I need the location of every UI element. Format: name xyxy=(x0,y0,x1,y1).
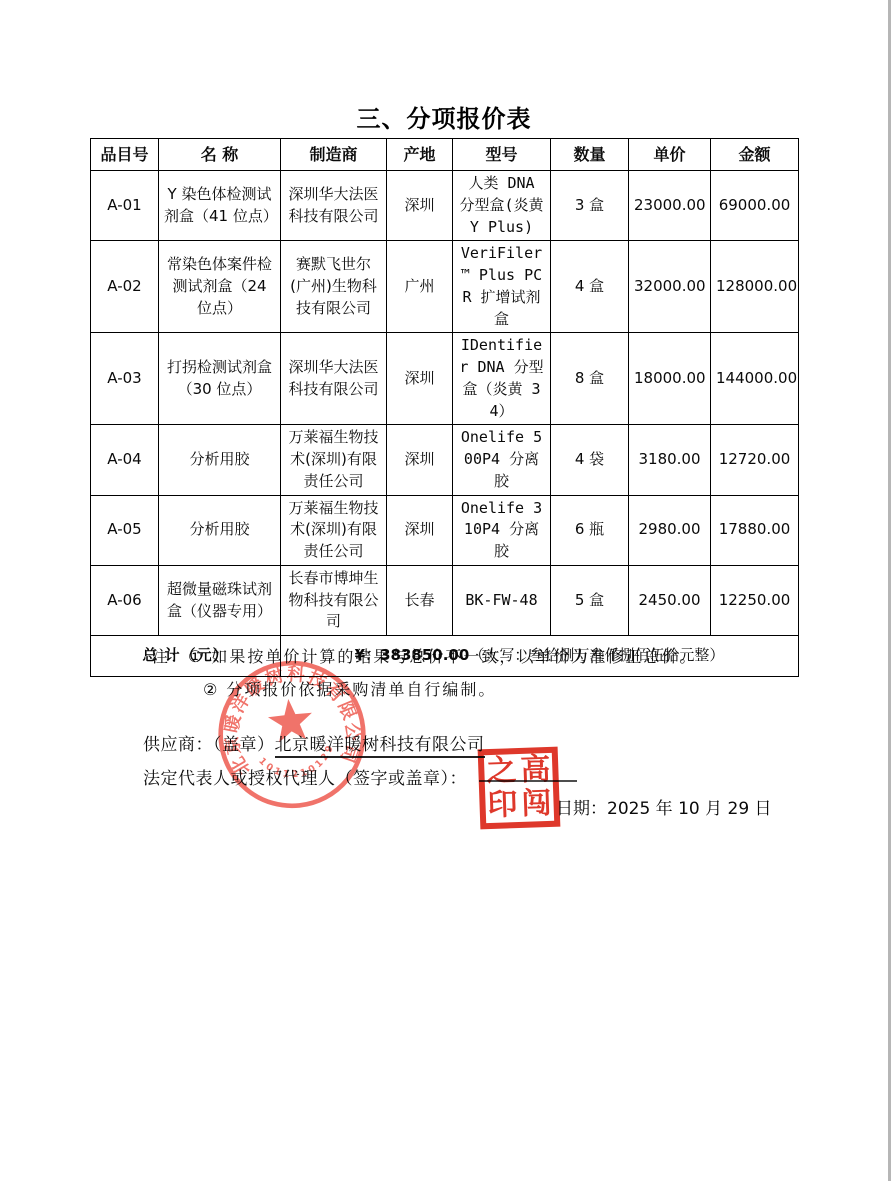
cell-item-no: A-01 xyxy=(91,171,159,241)
header-name: 名 称 xyxy=(159,139,281,171)
table-row: A-01 Y 染色体检测试剂盒（41 位点） 深圳华大法医科技有限公司 深圳 人… xyxy=(91,171,799,241)
cell-name: 分析用胶 xyxy=(159,495,281,565)
date-line: 日期：2025 年 10 月 29 日 xyxy=(556,794,772,819)
name-seal-char: 闯 xyxy=(521,789,552,820)
cell-model: 人类 DNA 分型盒(炎黄 Y Plus) xyxy=(453,171,551,241)
header-amount: 金额 xyxy=(711,139,799,171)
header-item-no: 品目号 xyxy=(91,139,159,171)
cell-origin: 深圳 xyxy=(387,171,453,241)
name-seal-char: 印 xyxy=(487,790,518,821)
cell-unit-price: 32000.00 xyxy=(629,241,711,333)
document-page: 三、分项报价表 品目号 名 称 制造商 产地 型号 数量 单价 金额 A-01 … xyxy=(0,0,892,1194)
date-label: 日期： xyxy=(556,799,607,819)
header-model: 型号 xyxy=(453,139,551,171)
cell-model: Onelife 310P4 分离胶 xyxy=(453,495,551,565)
cell-unit-price: 2980.00 xyxy=(629,495,711,565)
cell-unit-price: 2450.00 xyxy=(629,565,711,635)
cell-name: 分析用胶 xyxy=(159,425,281,495)
cell-manufacturer: 万莱福生物技术(深圳)有限责任公司 xyxy=(281,425,387,495)
cell-model: Onelife 500P4 分离胶 xyxy=(453,425,551,495)
cell-origin: 长春 xyxy=(387,565,453,635)
cell-name: Y 染色体检测试剂盒（41 位点） xyxy=(159,171,281,241)
header-origin: 产地 xyxy=(387,139,453,171)
cell-origin: 深圳 xyxy=(387,333,453,425)
cell-amount: 12250.00 xyxy=(711,565,799,635)
cell-manufacturer: 长春市博坤生物科技有限公司 xyxy=(281,565,387,635)
cell-amount: 69000.00 xyxy=(711,171,799,241)
table-row: A-06 超微量磁珠试剂盒（仪器专用） 长春市博坤生物科技有限公司 长春 BK-… xyxy=(91,565,799,635)
cell-origin: 深圳 xyxy=(387,495,453,565)
cell-name: 打拐检测试剂盒（30 位点） xyxy=(159,333,281,425)
header-unit-price: 单价 xyxy=(629,139,711,171)
cell-model: VeriFiler™ Plus PCR 扩增试剂盒 xyxy=(453,241,551,333)
star-icon xyxy=(266,697,314,743)
cell-manufacturer: 深圳华大法医科技有限公司 xyxy=(281,171,387,241)
name-seal-stamp: 之 高 印 闯 xyxy=(478,747,561,830)
cell-unit-price: 23000.00 xyxy=(629,171,711,241)
cell-quantity: 6 瓶 xyxy=(551,495,629,565)
scan-edge-strip xyxy=(888,0,891,1181)
page-title: 三、分项报价表 xyxy=(90,99,798,134)
table-row: A-02 常染色体案件检测试剂盒（24 位点） 赛默飞世尔(广州)生物科技有限公… xyxy=(91,241,799,333)
date-value: 2025 年 10 月 29 日 xyxy=(607,799,772,819)
cell-quantity: 4 袋 xyxy=(551,425,629,495)
header-manufacturer: 制造商 xyxy=(281,139,387,171)
table-row: A-04 分析用胶 万莱福生物技术(深圳)有限责任公司 深圳 Onelife 5… xyxy=(91,425,799,495)
cell-quantity: 3 盒 xyxy=(551,171,629,241)
cell-origin: 广州 xyxy=(387,241,453,333)
cell-manufacturer: 深圳华大法医科技有限公司 xyxy=(281,333,387,425)
cell-amount: 12720.00 xyxy=(711,425,799,495)
name-seal-char: 之 xyxy=(486,756,517,787)
cell-manufacturer: 赛默飞世尔(广州)生物科技有限公司 xyxy=(281,241,387,333)
cell-name: 超微量磁珠试剂盒（仪器专用） xyxy=(159,565,281,635)
cell-amount: 17880.00 xyxy=(711,495,799,565)
cell-amount: 128000.00 xyxy=(711,241,799,333)
cell-amount: 144000.00 xyxy=(711,333,799,425)
company-round-seal-stamp: 北京暖洋暖树科技有限公司 10112101296 xyxy=(193,648,390,821)
cell-quantity: 5 盒 xyxy=(551,565,629,635)
quotation-table: 品目号 名 称 制造商 产地 型号 数量 单价 金额 A-01 Y 染色体检测试… xyxy=(90,138,799,677)
table-row: A-05 分析用胶 万莱福生物技术(深圳)有限责任公司 深圳 Onelife 3… xyxy=(91,495,799,565)
cell-manufacturer: 万莱福生物技术(深圳)有限责任公司 xyxy=(281,495,387,565)
cell-name: 常染色体案件检测试剂盒（24 位点） xyxy=(159,241,281,333)
cell-origin: 深圳 xyxy=(387,425,453,495)
cell-item-no: A-02 xyxy=(91,241,159,333)
cell-item-no: A-06 xyxy=(91,565,159,635)
cell-unit-price: 3180.00 xyxy=(629,425,711,495)
table-header-row: 品目号 名 称 制造商 产地 型号 数量 单价 金额 xyxy=(91,139,799,171)
cell-item-no: A-05 xyxy=(91,495,159,565)
name-seal-char: 高 xyxy=(520,755,551,786)
cell-item-no: A-04 xyxy=(91,425,159,495)
header-quantity: 数量 xyxy=(551,139,629,171)
cell-quantity: 4 盒 xyxy=(551,241,629,333)
cell-unit-price: 18000.00 xyxy=(629,333,711,425)
cell-model: BK-FW-48 xyxy=(453,565,551,635)
cell-quantity: 8 盒 xyxy=(551,333,629,425)
table-row: A-03 打拐检测试剂盒（30 位点） 深圳华大法医科技有限公司 深圳 IDen… xyxy=(91,333,799,425)
cell-item-no: A-03 xyxy=(91,333,159,425)
cell-model: IDentifier DNA 分型盒（炎黄 34） xyxy=(453,333,551,425)
